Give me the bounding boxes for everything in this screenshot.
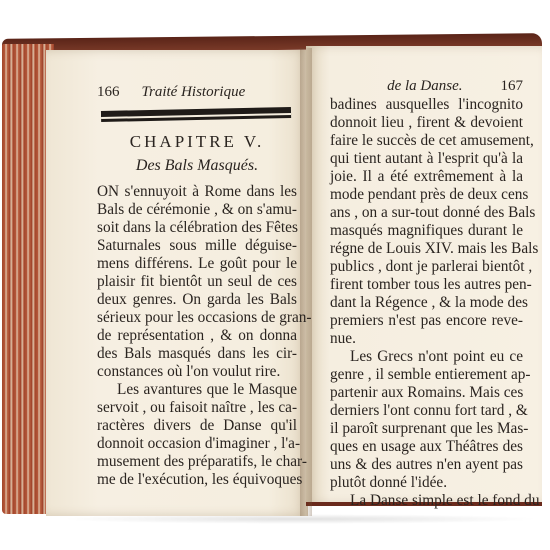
chapter-subtitle: Des Bals Masqués.	[97, 157, 297, 175]
open-book: 166 Traité Historique CHAPITRE V. Des Ba…	[0, 0, 550, 550]
text-line: plutôt donné l'idée.	[330, 474, 523, 492]
text-line: des Bals masqués dans les cir-	[97, 345, 297, 363]
left-page-header: 166 Traité Historique	[97, 83, 297, 101]
text-line: donnoit occasion d'imaginer , l'a-	[97, 435, 297, 453]
text-line: plaisir fit bientôt un seul de ces	[97, 273, 297, 291]
text-line: partenir aux Romains. Mais ces	[330, 384, 523, 402]
text-line: faire le succès de cet amusement,	[330, 132, 523, 150]
text-line: dant la Régence , & la mode des	[330, 294, 523, 312]
right-page-header: de la Danse. 167	[330, 77, 523, 95]
text-line: musement des préparatifs, le char-	[97, 453, 297, 471]
text-line: genre , il semble entierement ap-	[330, 366, 523, 384]
text-line: masqués magnifiques durant le	[330, 222, 523, 240]
text-line: publics , dont je parlerai bientôt ,	[330, 258, 523, 276]
page-number-right: 167	[501, 77, 524, 95]
left-body: ON s'ennuyoit à Rome dans les Bals de cé…	[97, 183, 297, 489]
text-line: deux genres. On garda les Bals	[97, 291, 297, 309]
text-line: me de l'exécution, les équivoques	[97, 471, 297, 489]
text-line: joie. Il a été extrêmement à la	[330, 168, 523, 186]
running-head-right: de la Danse.	[387, 77, 462, 95]
text-line: uns & des autres n'en ayent pas	[330, 456, 523, 474]
text-line: ans , on a sur-tout donné des Bals	[330, 204, 523, 222]
ornamental-rule	[101, 107, 291, 119]
text-line: firent tomber tous les autres pen-	[330, 276, 523, 294]
text-line: premiers n'est pas encore reve-	[330, 312, 523, 330]
book-gutter	[300, 48, 312, 516]
text-line: qui tient autant à l'esprit qu'à la	[330, 150, 523, 168]
text-line: constances où l'on voulut rire.	[97, 363, 297, 381]
text-line: régne de Louis XIV. mais les Bals	[330, 240, 523, 258]
right-page-text: de la Danse. 167 badines ausquelles l'in…	[330, 77, 523, 510]
left-page-text: 166 Traité Historique CHAPITRE V. Des Ba…	[97, 83, 297, 489]
text-line: il paroît surprenant que les Mas-	[330, 420, 523, 438]
text-line: Bals de cérémonie , & on s'amu-	[97, 201, 297, 219]
right-body: badines ausquelles l'incognito donnoit l…	[330, 96, 523, 510]
text-line: nue.	[330, 330, 523, 348]
text-line: Les avantures que le Masque	[97, 381, 297, 399]
text-line: de représentation , & on donna	[97, 327, 297, 345]
text-line: ractères divers de Danse qu'il	[97, 417, 297, 435]
page-number-left: 166	[97, 83, 120, 101]
text-line: ON s'ennuyoit à Rome dans les	[97, 183, 297, 201]
text-line: badines ausquelles l'incognito	[330, 96, 523, 114]
text-line: mode pendant près de deux cens	[330, 186, 523, 204]
text-line: soit dans la célébration des Fêtes	[97, 219, 297, 237]
text-line: ques en usage aux Théâtres des	[330, 438, 523, 456]
text-line: servoit , ou faisoit naître , les ca-	[97, 399, 297, 417]
running-head-left: Traité Historique	[142, 83, 246, 101]
text-line: sérieux pour les occasions de gran-	[97, 309, 297, 327]
text-line: Les Grecs n'ont point eu ce	[330, 348, 523, 366]
text-line: mens différens. Le goût pour le	[97, 255, 297, 273]
text-line: Saturnales sous mille déguise-	[97, 237, 297, 255]
text-line: La Danse simple est le fond du	[330, 492, 523, 510]
text-line: derniers l'ont connu fort tard , &	[330, 402, 523, 420]
chapter-heading: CHAPITRE V.	[97, 133, 297, 151]
text-line: donnoit lieu , firent & devoient	[330, 114, 523, 132]
